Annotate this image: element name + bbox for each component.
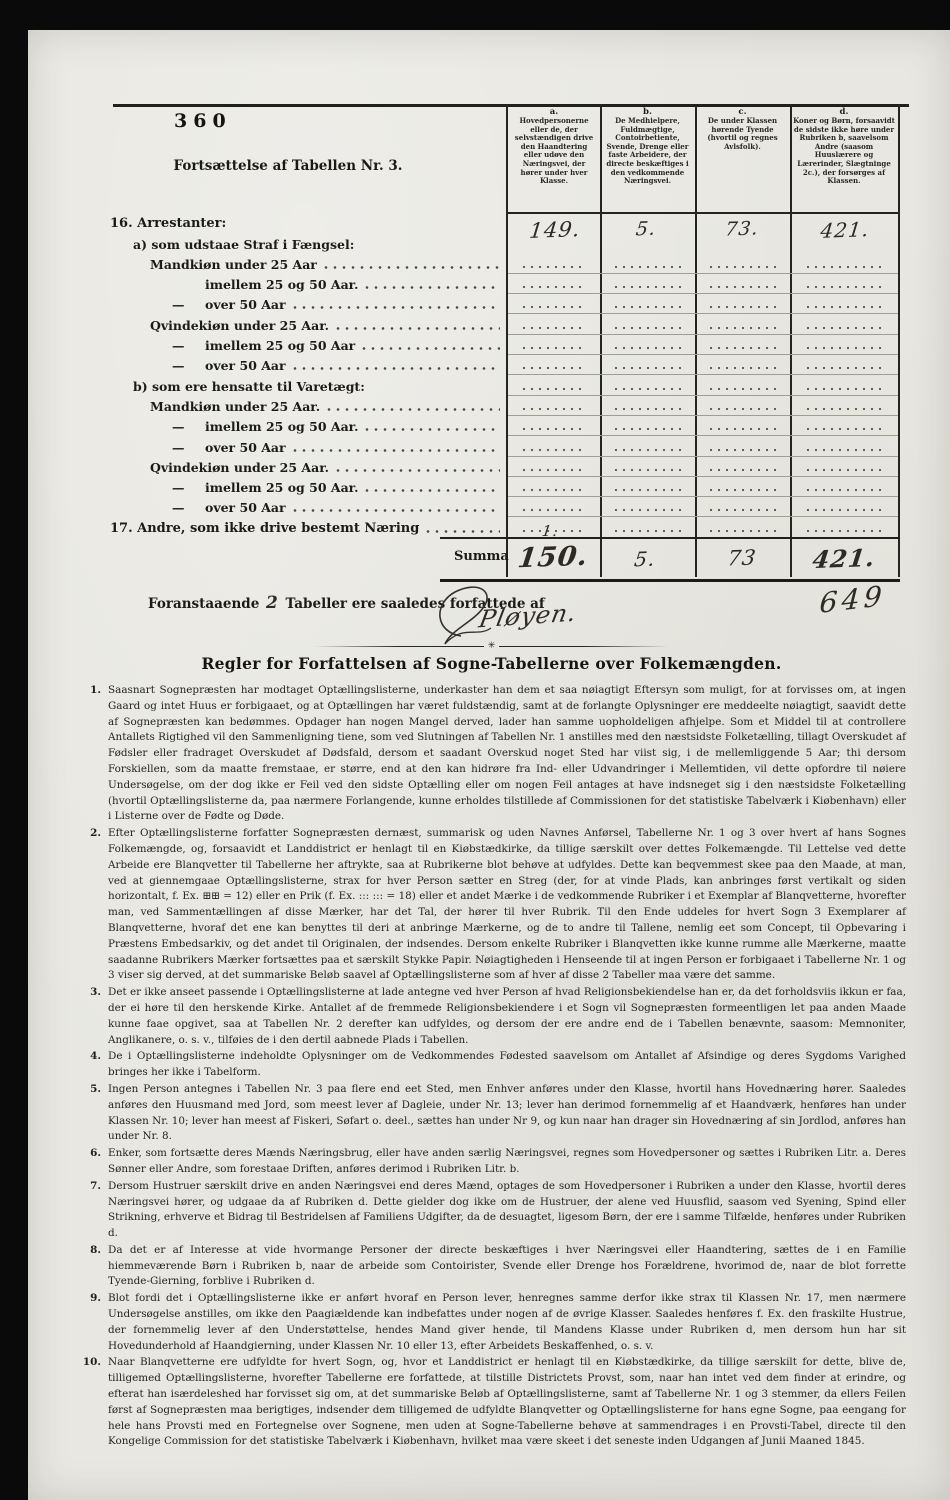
table-cell xyxy=(790,396,898,416)
row-label-text: imellem 25 og 50 Aar. xyxy=(205,417,358,436)
dotted-cell-line xyxy=(806,346,882,350)
dotted-cell-line xyxy=(709,468,776,472)
dotted-cell-line xyxy=(522,326,586,330)
table-row-label: —imellem 25 og 50 Aar. xyxy=(110,477,506,497)
dotted-cell-line xyxy=(709,326,776,330)
rule-item: 7.Dersom Hustruer særskilt drive en ande… xyxy=(77,1179,906,1242)
rule-text: De i Optællingslisterne indeholdte Oplys… xyxy=(108,1049,906,1081)
dotted-cell-line xyxy=(614,326,681,330)
table-cell xyxy=(695,335,790,355)
table-cells xyxy=(508,213,898,538)
table-cell xyxy=(790,416,898,436)
table-cell xyxy=(695,314,790,334)
table-column-headers: a.Hovedpersonerne eller de, der selvstæn… xyxy=(508,107,898,212)
dotted-cell-line xyxy=(614,346,681,350)
handwritten-summa-value: 73 xyxy=(726,546,758,571)
table-cell xyxy=(695,436,790,456)
dotted-cell-line xyxy=(709,387,776,391)
column-header-a: a.Hovedpersonerne eller de, der selvstæn… xyxy=(508,107,600,212)
rule-number: 7. xyxy=(77,1179,101,1242)
table-row-label: —over 50 Aar xyxy=(110,436,506,456)
row-label-text: Qvindekiøn under 25 Aar. xyxy=(150,458,329,477)
dotted-cell-line xyxy=(709,366,776,370)
rule-text: Dersom Hustruer særskilt drive en anden … xyxy=(108,1179,906,1242)
rule-item: 2.Efter Optællingslisterne forfatter Sog… xyxy=(77,826,906,984)
dotted-leader xyxy=(336,326,500,331)
table-cell xyxy=(600,416,695,436)
dotted-cell-line xyxy=(806,326,882,330)
handwritten-summa-value: 5. xyxy=(633,547,657,572)
table-cell xyxy=(790,517,898,537)
column-description: Koner og Børn, forsaavidt de sidste ikke… xyxy=(793,117,895,186)
dotted-cell-line xyxy=(806,468,882,472)
table-cell xyxy=(508,436,600,456)
handwritten-summa-value: 421. xyxy=(811,543,877,574)
dotted-leader xyxy=(336,468,500,473)
dotted-cell-line xyxy=(522,407,586,411)
table-cell xyxy=(695,517,790,537)
dotted-leader xyxy=(365,285,500,290)
dotted-cell-line xyxy=(806,387,882,391)
column-header-b: b.De Medhielpere, Fuldmægtige, Contoirbe… xyxy=(600,107,695,212)
handwritten-value: 73. xyxy=(724,217,760,240)
row-label-text: over 50 Aar xyxy=(205,498,286,517)
table-row-label: —over 50 Aar xyxy=(110,497,506,517)
rule-item: 6.Enker, som fortsætte deres Mænds Nærin… xyxy=(77,1146,906,1178)
dotted-leader xyxy=(327,407,500,412)
dotted-cell-line xyxy=(614,285,681,289)
table-cell xyxy=(508,497,600,517)
table-cell xyxy=(790,375,898,395)
table-row-label: imellem 25 og 50 Aar. xyxy=(110,274,506,294)
table-row-label: 17. Andre, som ikke drive bestemt Næring xyxy=(110,517,506,537)
table-cell xyxy=(508,416,600,436)
attestation-text-before: Foranstaaende xyxy=(148,596,259,612)
ditto-dash: — xyxy=(172,478,185,497)
rule-number: 10. xyxy=(77,1355,101,1450)
dotted-cell-line xyxy=(806,508,882,512)
row-label-text: Mandkiøn under 25 Aar. xyxy=(150,397,320,416)
table-cell xyxy=(695,254,790,274)
dotted-cell-line xyxy=(709,488,776,492)
ditto-dash: — xyxy=(172,336,185,355)
dotted-cell-line xyxy=(522,305,586,309)
dotted-cell-line xyxy=(806,427,882,431)
table-cell xyxy=(695,416,790,436)
table-cell xyxy=(790,294,898,314)
table-cell xyxy=(790,477,898,497)
rule-item: 3.Det er ikke anseet passende i Optællin… xyxy=(77,985,906,1048)
table-cell xyxy=(600,457,695,477)
dotted-cell-line xyxy=(522,387,586,391)
table-cell xyxy=(600,375,695,395)
rule-item: 8.Da det er af Interesse at vide hvorman… xyxy=(77,1243,906,1290)
table-cell xyxy=(790,335,898,355)
dotted-cell-line xyxy=(614,366,681,370)
column-header-d: d.Koner og Børn, forsaavidt de sidste ik… xyxy=(790,107,898,212)
dotted-cell-line xyxy=(806,448,882,452)
dotted-cell-line xyxy=(522,265,586,269)
rules-heading: Regler for Forfattelsen af Sogne-Tabelle… xyxy=(77,654,906,673)
table-row-label: a) som udstaae Straf i Fængsel: xyxy=(110,233,506,253)
dotted-cell-line xyxy=(806,265,882,269)
table-cell xyxy=(600,497,695,517)
dotted-cell-line xyxy=(709,407,776,411)
table-cell xyxy=(790,274,898,294)
dotted-cell-line xyxy=(522,508,586,512)
form-section: 360 Fortsættelse af Tabellen Nr. 3. a.Ho… xyxy=(28,30,950,638)
ditto-dash: — xyxy=(172,295,185,314)
dotted-cell-line xyxy=(522,285,586,289)
table-row-label: Qvindekiøn under 25 Aar. xyxy=(110,314,506,334)
dotted-cell-line xyxy=(522,448,586,452)
rule-text: Da det er af Interesse at vide hvormange… xyxy=(108,1243,906,1290)
row-label-text: imellem 25 og 50 Aar. xyxy=(205,275,358,294)
dotted-leader xyxy=(365,488,500,493)
table-cell xyxy=(508,335,600,355)
row-label-text: imellem 25 og 50 Aar. xyxy=(205,478,358,497)
table-cell xyxy=(508,457,600,477)
handwritten-value: 421. xyxy=(819,217,870,243)
rule-number: 9. xyxy=(77,1291,101,1354)
table-row-label: b) som ere hensatte til Varetægt: xyxy=(110,375,506,395)
rule-number: 2. xyxy=(77,826,101,984)
table-cell xyxy=(695,396,790,416)
rule-number: 3. xyxy=(77,985,101,1048)
paper-sheet: 360 Fortsættelse af Tabellen Nr. 3. a.Ho… xyxy=(28,30,950,1500)
dotted-leader xyxy=(293,366,500,371)
rule-number: 4. xyxy=(77,1049,101,1081)
dotted-cell-line xyxy=(522,366,586,370)
summa-row: Summa 150. 5. 73 421. xyxy=(440,537,900,582)
rule-text: Efter Optællingslisterne forfatter Sogne… xyxy=(108,826,906,984)
dotted-leader xyxy=(324,265,500,270)
table-cell xyxy=(695,457,790,477)
table-row-label: —over 50 Aar xyxy=(110,294,506,314)
column-description: De under Klassen hørende Tyende (hvortil… xyxy=(698,117,787,151)
dotted-cell-line xyxy=(614,407,681,411)
rule-number: 6. xyxy=(77,1146,101,1178)
rule-number: 5. xyxy=(77,1082,101,1145)
summa-label: Summa xyxy=(454,549,509,564)
table-cell xyxy=(790,355,898,375)
dotted-cell-line xyxy=(806,529,882,533)
column-description: Hovedpersonerne eller de, der selvstændi… xyxy=(511,117,597,186)
dotted-leader xyxy=(293,305,500,310)
table-vertical-line xyxy=(898,104,900,577)
dotted-cell-line xyxy=(806,366,882,370)
row-label-text: 16. Arrestanter: xyxy=(110,214,226,233)
table-cell xyxy=(790,497,898,517)
rule-item: 9.Blot fordi det i Optællingslisterne ik… xyxy=(77,1291,906,1354)
ditto-dash: — xyxy=(172,417,185,436)
table-cell xyxy=(508,375,600,395)
rule-number: 1. xyxy=(77,683,101,825)
dotted-cell-line xyxy=(614,508,681,512)
table-cell xyxy=(600,254,695,274)
dotted-cell-line xyxy=(709,305,776,309)
dotted-leader xyxy=(365,427,500,432)
dotted-cell-line xyxy=(709,346,776,350)
dotted-cell-line xyxy=(614,305,681,309)
table-cell xyxy=(600,477,695,497)
table-cell xyxy=(600,517,695,537)
table-row-label: Qvindekiøn under 25 Aar. xyxy=(110,457,506,477)
table-cell xyxy=(790,436,898,456)
row-label-text: over 50 Aar xyxy=(205,438,286,457)
table-cell xyxy=(508,355,600,375)
handwritten-folio-number: 649 xyxy=(819,579,887,620)
dotted-cell-line xyxy=(806,488,882,492)
dotted-cell-line xyxy=(522,346,586,350)
table-cell xyxy=(600,274,695,294)
row-label-text: over 50 Aar xyxy=(205,356,286,375)
table-cell xyxy=(695,355,790,375)
handwritten-value: 5. xyxy=(635,218,658,241)
table-cell xyxy=(600,294,695,314)
row-label-text: imellem 25 og 50 Aar xyxy=(205,336,355,355)
page-number: 360 xyxy=(174,110,232,132)
rule-text: Blot fordi det i Optællingslisterne ikke… xyxy=(108,1291,906,1354)
table-row-label: —over 50 Aar xyxy=(110,355,506,375)
table-cell xyxy=(790,314,898,334)
table-row-label: —imellem 25 og 50 Aar. xyxy=(110,416,506,436)
ditto-dash: — xyxy=(172,356,185,375)
table-cell xyxy=(695,274,790,294)
handwritten-entry-values: 149.5.73.421. xyxy=(506,218,900,252)
dotted-cell-line xyxy=(709,265,776,269)
dotted-cell-line xyxy=(614,529,681,533)
dotted-leader xyxy=(362,346,500,351)
dotted-cell-line xyxy=(614,387,681,391)
rule-text: Ingen Person antegnes i Tabellen Nr. 3 p… xyxy=(108,1082,906,1145)
dotted-cell-line xyxy=(614,427,681,431)
table-cell xyxy=(790,254,898,274)
dotted-cell-line xyxy=(614,448,681,452)
row-label-text: a) som udstaae Straf i Fængsel: xyxy=(133,235,354,254)
table-row-label: Mandkiøn under 25 Aar. xyxy=(110,396,506,416)
form-title: Fortsættelse af Tabellen Nr. 3. xyxy=(123,158,453,174)
signature: Pløyen. xyxy=(477,599,580,634)
row-label-text: Mandkiøn under 25 Aar xyxy=(150,255,317,274)
table-cell xyxy=(600,355,695,375)
table-cell xyxy=(695,375,790,395)
column-header-c: c.De under Klassen hørende Tyende (hvort… xyxy=(695,107,790,212)
table-cell xyxy=(508,477,600,497)
dotted-cell-line xyxy=(709,448,776,452)
rule-text: Det er ikke anseet passende i Optællings… xyxy=(108,985,906,1048)
table-cell xyxy=(508,254,600,274)
rule-item: 4.De i Optællingslisterne indeholdte Opl… xyxy=(77,1049,906,1081)
rule-text: Saasnart Sognepræsten har modtaget Optæl… xyxy=(108,683,906,825)
table-cell xyxy=(600,436,695,456)
rules-section: ✳ Regler for Forfattelsen af Sogne-Tabel… xyxy=(28,640,950,1450)
table-cell xyxy=(600,335,695,355)
dotted-cell-line xyxy=(806,407,882,411)
handwritten-value: 149. xyxy=(528,217,582,243)
dotted-cell-line xyxy=(709,508,776,512)
table-row-label: 16. Arrestanter: xyxy=(110,213,506,233)
ditto-dash: — xyxy=(172,498,185,517)
column-description: De Medhielpere, Fuldmægtige, Contoirbeti… xyxy=(603,117,692,186)
table-row-label: Mandkiøn under 25 Aar xyxy=(110,254,506,274)
dotted-cell-line xyxy=(614,265,681,269)
rule-item: 1.Saasnart Sognepræsten har modtaget Opt… xyxy=(77,683,906,825)
table-row-label: —imellem 25 og 50 Aar xyxy=(110,335,506,355)
dotted-cell-line xyxy=(522,468,586,472)
rule-item: 5.Ingen Person antegnes i Tabellen Nr. 3… xyxy=(77,1082,906,1145)
table-cell xyxy=(600,396,695,416)
table-cell xyxy=(508,314,600,334)
table-cell xyxy=(695,477,790,497)
rule-number: 8. xyxy=(77,1243,101,1290)
rule-item: 10.Naar Blanqvetterne ere udfyldte for h… xyxy=(77,1355,906,1450)
table-cell xyxy=(508,294,600,314)
rule-text: Enker, som fortsætte deres Mænds Nærings… xyxy=(108,1146,906,1178)
dotted-cell-line xyxy=(806,285,882,289)
rules-list: 1.Saasnart Sognepræsten har modtaget Opt… xyxy=(77,683,906,1450)
table-cell xyxy=(695,294,790,314)
dotted-cell-line xyxy=(806,305,882,309)
dotted-cell-line xyxy=(709,285,776,289)
table-cell xyxy=(600,314,695,334)
row-label-text: b) som ere hensatte til Varetægt: xyxy=(133,377,365,396)
ditto-dash: — xyxy=(172,438,185,457)
dotted-cell-line xyxy=(614,468,681,472)
dotted-cell-line xyxy=(522,488,586,492)
rule-text: Naar Blanqvetterne ere udfyldte for hver… xyxy=(108,1355,906,1450)
table-row-labels: 16. Arrestanter:a) som udstaae Straf i F… xyxy=(110,213,506,538)
dotted-cell-line xyxy=(709,529,776,533)
handwritten-summa-value: 150. xyxy=(516,541,590,574)
dotted-leader xyxy=(293,448,500,453)
table-cell xyxy=(508,396,600,416)
dotted-cell-line xyxy=(709,427,776,431)
handwritten-table-count: 2 xyxy=(266,593,279,613)
scanned-page: 360 Fortsættelse af Tabellen Nr. 3. a.Ho… xyxy=(0,0,950,1500)
dotted-leader xyxy=(293,508,500,513)
dotted-cell-line xyxy=(614,488,681,492)
row-label-text: 17. Andre, som ikke drive bestemt Næring xyxy=(110,519,419,538)
table-cell xyxy=(695,497,790,517)
row-label-text: Qvindekiøn under 25 Aar. xyxy=(150,316,329,335)
dotted-cell-line xyxy=(522,427,586,431)
dotted-leader xyxy=(426,529,500,534)
table-cell xyxy=(790,457,898,477)
row-label-text: over 50 Aar xyxy=(205,295,286,314)
table-cell xyxy=(508,274,600,294)
